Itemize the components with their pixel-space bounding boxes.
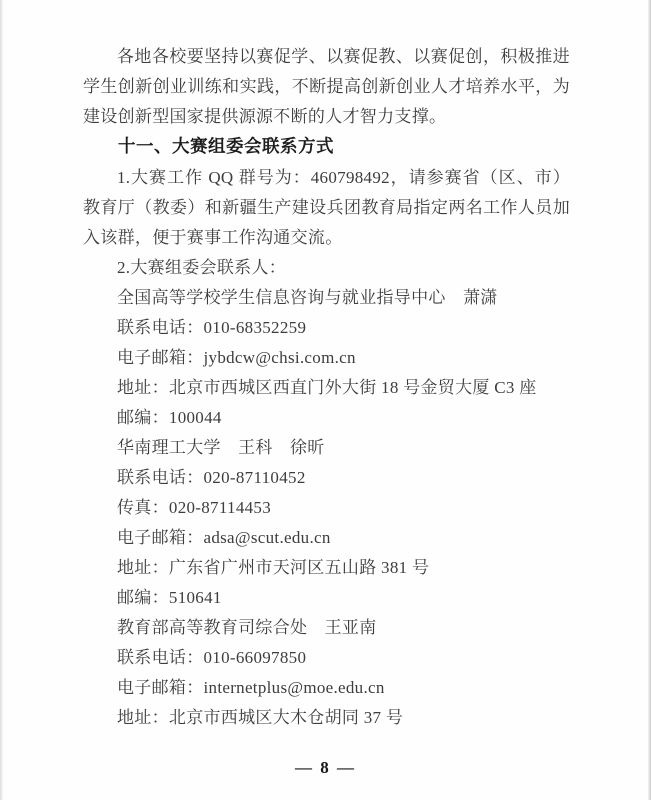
contact-email: 电子邮箱：adsa@scut.edu.cn xyxy=(117,523,570,553)
contact-org: 全国高等学校学生信息咨询与就业指导中心 萧潇 xyxy=(117,283,570,313)
contact-phone: 联系电话：020-87110452 xyxy=(117,463,570,493)
contact-address: 地址：北京市西城区西直门外大街 18 号金贸大厦 C3 座 xyxy=(117,373,570,403)
section-heading: 十一、大赛组委会联系方式 xyxy=(83,132,570,163)
contact-email: 电子邮箱：internetplus@moe.edu.cn xyxy=(117,673,570,703)
contact-block-moe: 教育部高等教育司综合处 王亚南 联系电话：010-66097850 电子邮箱：i… xyxy=(83,613,570,733)
intro-paragraph: 各地各校要坚持以赛促学、以赛促教、以赛促创，积极推进学生创新创业训练和实践，不断… xyxy=(83,42,570,132)
qq-group-paragraph: 1.大赛工作 QQ 群号为：460798492，请参赛省（区、市）教育厅（教委）… xyxy=(83,163,570,253)
contact-address: 地址：北京市西城区大木仓胡同 37 号 xyxy=(117,703,570,733)
contact-fax: 传真：020-87114453 xyxy=(117,493,570,523)
document-page: 各地各校要坚持以赛促学、以赛促教、以赛促创，积极推进学生创新创业训练和实践，不断… xyxy=(0,0,651,800)
contact-phone: 联系电话：010-66097850 xyxy=(117,643,570,673)
contact-phone: 联系电话：010-68352259 xyxy=(117,313,570,343)
contacts-label: 2.大赛组委会联系人： xyxy=(83,253,570,283)
contact-address: 地址：广东省广州市天河区五山路 381 号 xyxy=(117,553,570,583)
contact-block-chsi: 全国高等学校学生信息咨询与就业指导中心 萧潇 联系电话：010-68352259… xyxy=(83,283,570,433)
scan-edge-left xyxy=(0,0,3,800)
contact-email: 电子邮箱：jybdcw@chsi.com.cn xyxy=(117,343,570,373)
contact-postcode: 邮编：100044 xyxy=(117,403,570,433)
contact-org: 教育部高等教育司综合处 王亚南 xyxy=(117,613,570,643)
page-number: — 8 — xyxy=(0,758,651,778)
contact-block-scut: 华南理工大学 王科 徐昕 联系电话：020-87110452 传真：020-87… xyxy=(83,433,570,613)
contact-postcode: 邮编：510641 xyxy=(117,583,570,613)
page-content: 各地各校要坚持以赛促学、以赛促教、以赛促创，积极推进学生创新创业训练和实践，不断… xyxy=(83,42,570,733)
contact-org: 华南理工大学 王科 徐昕 xyxy=(117,433,570,463)
